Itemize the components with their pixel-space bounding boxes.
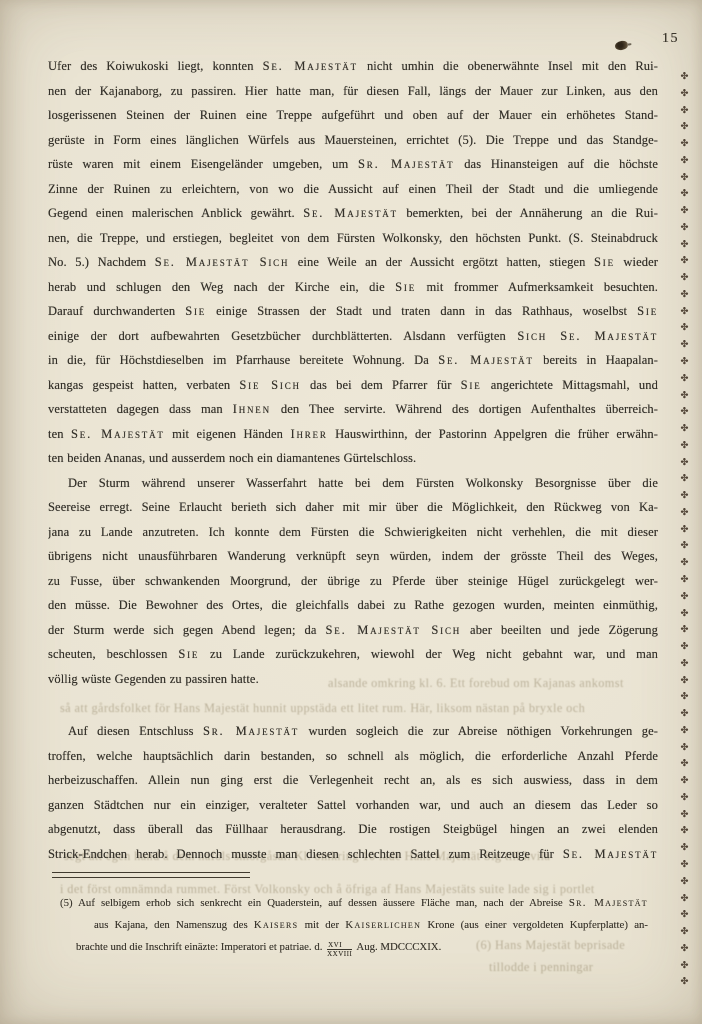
fleuron-ornament-icon: ✤ <box>681 240 689 250</box>
text-line: jana zu Lande anzutreten. Ich konnte dem… <box>48 520 658 545</box>
fleuron-ornament-icon: ✤ <box>681 139 689 149</box>
fleuron-ornament-icon: ✤ <box>681 927 689 937</box>
text-line: scheuten, beschlossen Sie zu Lande zurüc… <box>48 642 658 667</box>
fleuron-ornament-icon: ✤ <box>681 609 689 619</box>
text-line: nen der Kajanaborg, zu passiren. Hier ha… <box>48 79 658 104</box>
fleuron-ornament-icon: ✤ <box>681 508 689 518</box>
text-line: losgerissenen Steinen der Ruinen eine Tr… <box>48 103 658 128</box>
paragraph: Der Sturm während unserer Wasserfahrt ha… <box>48 471 658 692</box>
royal-small-caps-text: Sie <box>594 255 615 269</box>
fleuron-ornament-icon: ✤ <box>681 122 689 132</box>
royal-small-caps-text: Se. Majestät <box>438 353 534 367</box>
footnote-line: (5) Auf selbigem erhob sich senkrecht ei… <box>60 892 648 914</box>
fleuron-ornament-icon: ✤ <box>681 541 689 551</box>
royal-small-caps-text: Se. Majestät Sich <box>326 623 462 637</box>
fleuron-ornament-icon: ✤ <box>681 625 689 635</box>
text-run: völlig wüste Gegenden zu passiren hatte. <box>48 672 259 686</box>
fleuron-ornament-icon: ✤ <box>681 894 689 904</box>
text-run: Seereise erregt. Seine Erlaucht berieth … <box>48 500 658 514</box>
fleuron-ornament-icon: ✤ <box>681 72 689 82</box>
fleuron-ornament-icon: ✤ <box>681 642 689 652</box>
royal-small-caps-text: Kaiserlichen <box>345 919 421 931</box>
fleuron-ornament-icon: ✤ <box>681 173 689 183</box>
fleuron-ornament-icon: ✤ <box>681 910 689 920</box>
text-run: Ufer des Koiwukoski liegt, konnten <box>48 59 263 73</box>
text-line: Ufer des Koiwukoski liegt, konnten Se. M… <box>48 54 658 79</box>
fleuron-ornament-icon: ✤ <box>681 391 689 401</box>
text-line: gerüste in Form eines länglichen Würfels… <box>48 128 658 153</box>
footnote-separator <box>52 872 250 878</box>
text-run: aber beeilten und jede Zögerung <box>461 623 658 637</box>
royal-small-caps-text: Sr. Majestät <box>203 724 299 738</box>
page-number: 15 <box>662 31 679 47</box>
text-line: troffen, welche hauptsächlich darin best… <box>48 744 658 769</box>
text-line: Zinne der Ruinen zu erleichtern, von wo … <box>48 177 658 202</box>
fleuron-ornament-icon: ✤ <box>681 726 689 736</box>
royal-small-caps-text: Kaisers <box>254 919 298 931</box>
text-run: abgenutzt, dass überall das Füllhaar her… <box>48 822 658 836</box>
text-line: abgenutzt, dass überall das Füllhaar her… <box>48 817 658 842</box>
fleuron-ornament-icon: ✤ <box>681 743 689 753</box>
royal-small-caps-text: Ihnen <box>233 402 271 416</box>
text-run: troffen, welche hauptsächlich darin best… <box>48 749 658 763</box>
fleuron-ornament-icon: ✤ <box>681 424 689 434</box>
text-run: mit der <box>298 919 345 931</box>
fleuron-ornament-icon: ✤ <box>681 759 689 769</box>
fleuron-ornament-icon: ✤ <box>681 89 689 99</box>
date-fraction: XVIXXVIII <box>327 941 352 958</box>
text-line: Strick-Endchen herab. Dennoch musste man… <box>48 842 658 867</box>
fleuron-ornament-icon: ✤ <box>681 256 689 266</box>
text-run: losgerissenen Steinen der Ruinen eine Tr… <box>48 108 658 122</box>
fleuron-ornament-icon: ✤ <box>681 575 689 585</box>
fleuron-ornament-icon: ✤ <box>681 156 689 166</box>
text-line: ganzen Städtchen nur ein einziger, veral… <box>48 793 658 818</box>
text-run: jana zu Lande anzutreten. Ich konnte dem… <box>48 525 658 539</box>
text-run: zu Fusse, über schwankenden Moorgrund, d… <box>48 574 658 588</box>
text-run: angerichtete Mittagsmahl, und <box>482 378 658 392</box>
text-run: nen der Kajanaborg, zu passiren. Hier ha… <box>48 84 658 98</box>
fleuron-ornament-icon: ✤ <box>681 290 689 300</box>
fleuron-ornament-icon: ✤ <box>681 877 689 887</box>
ink-blot <box>614 40 628 51</box>
text-run: bemerkten, bei der Annäherung an die Rui… <box>398 206 658 220</box>
fleuron-ornament-icon: ✤ <box>681 458 689 468</box>
fleuron-ornament-icon: ✤ <box>681 525 689 535</box>
fleuron-ornament-icon: ✤ <box>681 206 689 216</box>
text-run: wurden sogleich die zur Abreise nöthigen… <box>299 724 658 738</box>
text-run: No. 5.) Nachdem <box>48 255 155 269</box>
text-line: in die, für Höchstdieselben im Pfarrhaus… <box>48 348 658 373</box>
fleuron-ornament-icon: ✤ <box>681 826 689 836</box>
fleuron-ornament-icon: ✤ <box>681 307 689 317</box>
body-text: Ufer des Koiwukoski liegt, konnten Se. M… <box>48 54 658 866</box>
text-line: No. 5.) Nachdem Se. Majestät Sich eine W… <box>48 250 658 275</box>
text-run: das bei dem Pfarrer für <box>301 378 461 392</box>
text-line: verstatteten dagegen dass man Ihnen den … <box>48 397 658 422</box>
fleuron-ornament-icon: ✤ <box>681 558 689 568</box>
text-run: scheuten, beschlossen <box>48 647 178 661</box>
text-line: kangas gespeist hatten, verbaten Sie Sic… <box>48 373 658 398</box>
footnote: (5) Auf selbigem erhob sich senkrecht ei… <box>60 892 648 958</box>
text-line: ten beiden Ananas, und ausserdem noch ei… <box>48 446 658 471</box>
text-run: aus Kajana, den Namenszug des <box>94 919 254 931</box>
royal-small-caps-text: Sie <box>637 304 658 318</box>
text-run: Krone (aus einer vergoldeten Kupferplatt… <box>421 919 648 931</box>
footnote-line: aus Kajana, den Namenszug des Kaisers mi… <box>60 914 648 936</box>
royal-small-caps-text: Se. Majestät <box>303 206 398 220</box>
fleuron-ornament-icon: ✤ <box>681 273 689 283</box>
royal-small-caps-text: Sie Sich <box>239 378 300 392</box>
royal-small-caps-text: Sie <box>185 304 206 318</box>
text-run: (5) Auf selbigem erhob sich senkrecht ei… <box>60 897 569 909</box>
text-run: den Thee servirte. Während des dortigen … <box>271 402 658 416</box>
text-run: Strick-Endchen herab. Dennoch musste man… <box>48 847 563 861</box>
royal-small-caps-text: Sie <box>395 280 416 294</box>
fleuron-ornament-icon: ✤ <box>681 592 689 602</box>
text-line: Seereise erregt. Seine Erlaucht berieth … <box>48 495 658 520</box>
royal-small-caps-text: Se. Majestät <box>563 847 658 861</box>
text-run: rüste waren mit einem Eisengeländer umge… <box>48 157 358 171</box>
fleuron-ornament-icon: ✤ <box>681 491 689 501</box>
fleuron-ornament-icon: ✤ <box>681 407 689 417</box>
text-run: Darauf durchwanderten <box>48 304 185 318</box>
text-run: in die, für Höchstdieselben im Pfarrhaus… <box>48 353 438 367</box>
text-run: das Hinansteigen auf die höchste <box>454 157 658 171</box>
book-page: alsande omkring kl. 6. Ett forebud om Ka… <box>0 0 702 1024</box>
royal-small-caps-text: Sie <box>178 647 199 661</box>
text-line: den müsse. Die Bewohner des Ortes, die g… <box>48 593 658 618</box>
fleuron-ornament-icon: ✤ <box>681 323 689 333</box>
fleuron-ornament-icon: ✤ <box>681 810 689 820</box>
text-run: Zinne der Ruinen zu erleichtern, von wo … <box>48 182 658 196</box>
text-run: nicht umhin die obenerwähnte Insel mit d… <box>358 59 658 73</box>
text-run: mit frommer Aufmerksamkeit besuchten. <box>416 280 658 294</box>
text-line: völlig wüste Gegenden zu passiren hatte. <box>48 667 658 692</box>
text-line: herab und schlugen den Weg nach der Kirc… <box>48 275 658 300</box>
royal-small-caps-text: Sie <box>461 378 482 392</box>
text-line: der Sturm werde sich gegen Abend legen; … <box>48 618 658 643</box>
fleuron-ornament-icon: ✤ <box>681 961 689 971</box>
text-run: den müsse. Die Bewohner des Ortes, die g… <box>48 598 658 612</box>
text-line: Auf diesen Entschluss Sr. Majestät wurde… <box>48 719 658 744</box>
text-line: ten Se. Majestät mit eigenen Händen Ihre… <box>48 422 658 447</box>
text-line: Darauf durchwanderten Sie einige Strasse… <box>48 299 658 324</box>
text-run: wieder <box>615 255 658 269</box>
text-run: einige der dort aufbewahrten Gesetzbüche… <box>48 329 517 343</box>
royal-small-caps-text: Sich Se. Majestät <box>517 329 658 343</box>
text-line: Der Sturm während unserer Wasserfahrt ha… <box>48 471 658 496</box>
fleuron-ornament-icon: ✤ <box>681 860 689 870</box>
fleuron-ornament-icon: ✤ <box>681 106 689 116</box>
text-run: Hauswirthinn, der Pastorinn Appelgren di… <box>328 427 658 441</box>
paragraph: Ufer des Koiwukoski liegt, konnten Se. M… <box>48 54 658 471</box>
fleuron-ornament-icon: ✤ <box>681 793 689 803</box>
fleuron-ornament-icon: ✤ <box>681 776 689 786</box>
paragraph: Auf diesen Entschluss Sr. Majestät wurde… <box>48 719 658 866</box>
text-run: übrigens nicht unausführbaren Wanderung … <box>48 549 658 563</box>
text-run: ten beiden Ananas, und ausserdem noch ei… <box>48 451 416 465</box>
text-run: zu Lande zurückzukehren, wiewohl der Weg… <box>199 647 658 661</box>
fleuron-ornament-icon: ✤ <box>681 340 689 350</box>
fraction-denominator: XXVIII <box>327 950 352 958</box>
fleuron-ornament-icon: ✤ <box>681 977 689 987</box>
fleuron-ornament-icon: ✤ <box>681 709 689 719</box>
text-run: der Sturm werde sich gegen Abend legen; … <box>48 623 326 637</box>
fleuron-ornament-icon: ✤ <box>681 944 689 954</box>
text-line: zu Fusse, über schwankenden Moorgrund, d… <box>48 569 658 594</box>
royal-small-caps-text: Ihrer <box>290 427 327 441</box>
fleuron-ornament-icon: ✤ <box>681 676 689 686</box>
fleuron-ornament-icon: ✤ <box>681 189 689 199</box>
text-run: herab und schlugen den Weg nach der Kirc… <box>48 280 395 294</box>
fleuron-ornament-icon: ✤ <box>681 441 689 451</box>
text-line: herbeizuschaffen. Allein nun ging erst d… <box>48 768 658 793</box>
text-run: nen, die Treppe, und erstiegen, begleite… <box>48 231 658 245</box>
fraction-numerator: XVI <box>327 941 352 950</box>
text-run: Aug. MDCCCXIX. <box>354 941 441 953</box>
text-line: nen, die Treppe, und erstiegen, begleite… <box>48 226 658 251</box>
fleuron-ornament-icon: ✤ <box>681 659 689 669</box>
text-line: übrigens nicht unausführbaren Wanderung … <box>48 544 658 569</box>
text-run: ten <box>48 427 71 441</box>
fleuron-column: ✤✤✤✤✤✤✤✤✤✤✤✤✤✤✤✤✤✤✤✤✤✤✤✤✤✤✤✤✤✤✤✤✤✤✤✤✤✤✤✤… <box>676 72 693 988</box>
text-run: kangas gespeist hatten, verbaten <box>48 378 239 392</box>
royal-small-caps-text: Se. Majestät <box>71 427 165 441</box>
fleuron-ornament-icon: ✤ <box>681 843 689 853</box>
text-run: brachte und die Inschrift einäzte: Imper… <box>76 941 325 953</box>
text-run: Der Sturm während unserer Wasserfahrt ha… <box>68 476 658 490</box>
footnote-line: brachte und die Inschrift einäzte: Imper… <box>60 936 648 958</box>
showthrough-text: tillodde i penningar <box>489 960 593 974</box>
text-line: einige der dort aufbewahrten Gesetzbüche… <box>48 324 658 349</box>
royal-small-caps-text: Se. Majestät <box>263 59 358 73</box>
text-run: verstatteten dagegen dass man <box>48 402 233 416</box>
text-run: gerüste in Form eines länglichen Würfels… <box>48 133 658 147</box>
text-run: einige Strassen der Stadt und traten dan… <box>206 304 637 318</box>
text-run: herbeizuschaffen. Allein nun ging erst d… <box>48 773 658 787</box>
fleuron-ornament-icon: ✤ <box>681 223 689 233</box>
text-line: rüste waren mit einem Eisengeländer umge… <box>48 152 658 177</box>
text-run: Auf diesen Entschluss <box>68 724 203 738</box>
royal-small-caps-text: Sr. Majestät <box>358 157 454 171</box>
royal-small-caps-text: Sr. Majestät <box>569 897 648 909</box>
text-run: bereits in Haapalan- <box>534 353 658 367</box>
fleuron-ornament-icon: ✤ <box>681 374 689 384</box>
text-run: mit eigenen Händen <box>165 427 291 441</box>
fleuron-ornament-icon: ✤ <box>681 357 689 367</box>
text-run: eine Weile an der Aussicht ergötzt hatte… <box>289 255 594 269</box>
fleuron-ornament-icon: ✤ <box>681 692 689 702</box>
text-run: Gegend einen malerischen Anblick gewährt… <box>48 206 303 220</box>
text-line: Gegend einen malerischen Anblick gewährt… <box>48 201 658 226</box>
text-run: ganzen Städtchen nur ein einziger, veral… <box>48 798 658 812</box>
fleuron-ornament-icon: ✤ <box>681 474 689 484</box>
royal-small-caps-text: Se. Majestät Sich <box>155 255 290 269</box>
